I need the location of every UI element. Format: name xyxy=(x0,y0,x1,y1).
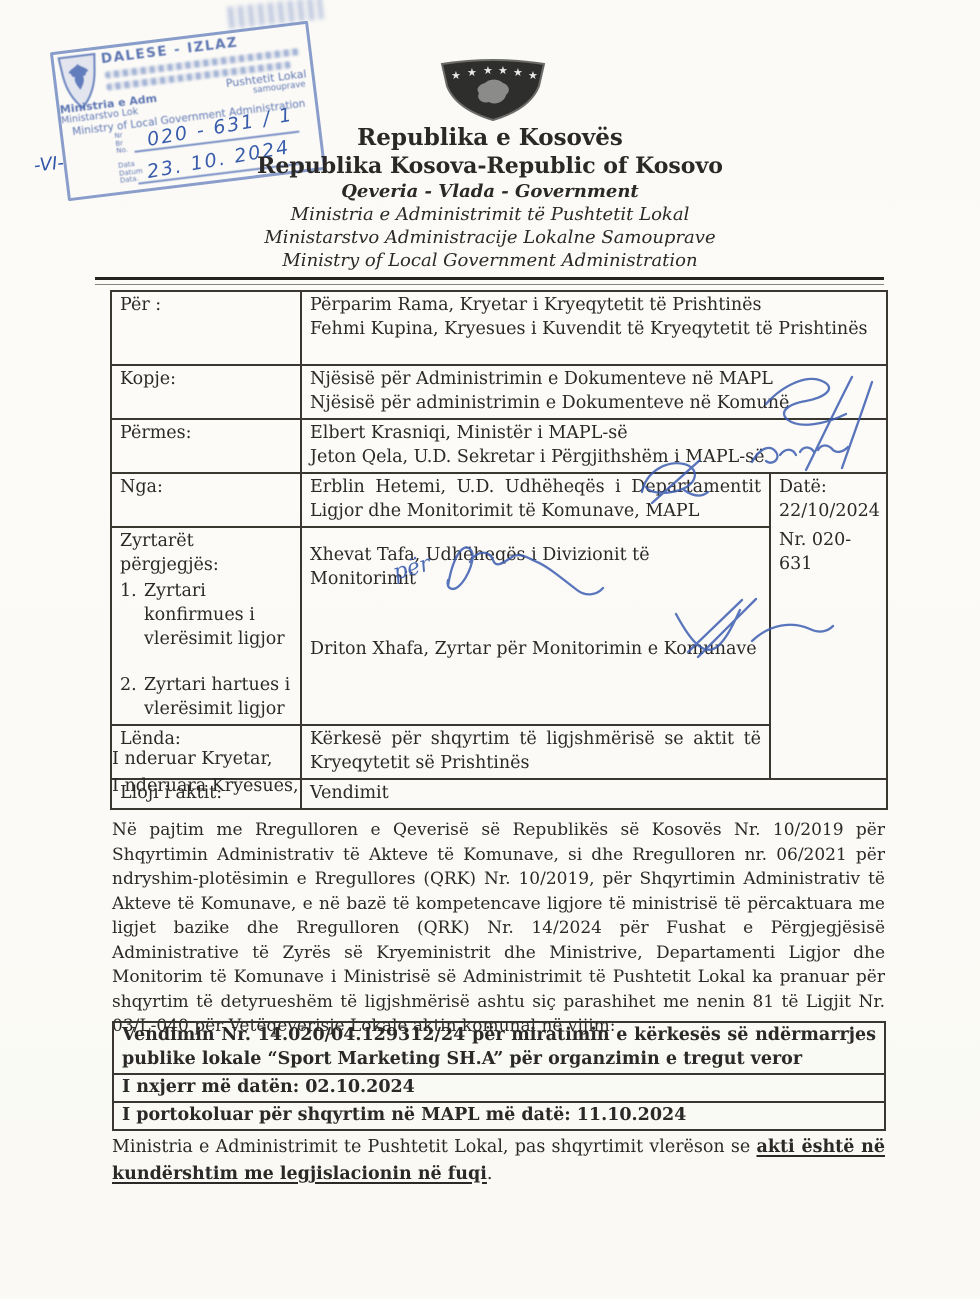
official-item-2: 2. Zyrtari hartues i vlerësimit ligjor xyxy=(120,673,292,721)
nga-value-cell: Erblin Hetemi, U.D. Udhëheqës i Departam… xyxy=(301,473,770,527)
government-line: Qeveria - Vlada - Government xyxy=(0,180,980,203)
republic-title-sq: Republika e Kosovës xyxy=(0,124,980,152)
act-row-title: Vendimin Nr. 14.020/04.129312/24 për mir… xyxy=(113,1022,885,1074)
nga-label-cell: Nga: xyxy=(111,473,301,527)
officials-label: Zyrtarët përgjegjës: xyxy=(120,529,292,577)
per-label-cell: Për : xyxy=(111,291,301,365)
svg-text:★: ★ xyxy=(513,66,523,79)
header-divider-rule xyxy=(95,277,884,285)
official-name-2: Driton Xhafa, Zyrtar për Monitorimin e K… xyxy=(310,637,761,661)
republic-title-bilingual: Republika Kosova-Republic of Kosovo xyxy=(0,152,980,180)
svg-text:★: ★ xyxy=(467,66,477,79)
kopje-line-2: Njësisë për administrimin e Dokumenteve … xyxy=(310,391,878,415)
reviewed-act-table: Vendimin Nr. 14.020/04.129312/24 për mir… xyxy=(112,1021,886,1131)
ministry-name-sq: Ministria e Administrimit të Pushtetit L… xyxy=(0,203,980,226)
lenda-value-cell: Kërkesë për shqyrtim të ligjshmërisë se … xyxy=(301,725,770,779)
scanned-document-page: DALESE - IZLAZ Ministria e Adm Ministars… xyxy=(0,0,980,1299)
kopje-line-1: Njësisë për Administrimin e Dokumenteve … xyxy=(310,367,878,391)
svg-text:★: ★ xyxy=(528,69,538,82)
officials-names-cell: Xhevat Tafa, Udhëheqës i Divizionit të M… xyxy=(301,527,770,725)
kopje-label-cell: Kopje: xyxy=(111,365,301,419)
per-line-1: Përparim Rama, Kryetar i Kryeqytetit të … xyxy=(310,293,878,317)
act-protocol-date: I portokoluar për shqyrtim në MAPL më da… xyxy=(113,1102,885,1130)
permes-line-2: Jeton Qela, U.D. Sekretar i Përgjithshëm… xyxy=(310,445,878,469)
svg-text:★: ★ xyxy=(498,64,508,77)
reference-number: Nr. 020-631 xyxy=(779,528,878,576)
permes-line-1: Elbert Krasniqi, Ministër i MAPL-së xyxy=(310,421,878,445)
assessment-prefix: Ministria e Administrimit te Pushtetit L… xyxy=(112,1137,757,1157)
date-number-cell: Datë: 22/10/2024 Nr. 020-631 xyxy=(770,473,887,779)
act-title: Vendimin Nr. 14.020/04.129312/24 për mir… xyxy=(113,1022,885,1074)
kopje-value-cell: Njësisë për Administrimin e Dokumenteve … xyxy=(301,365,887,419)
table-row-nga: Nga: Erblin Hetemi, U.D. Udhëheqës i Dep… xyxy=(111,473,887,527)
lloji-value-cell: Vendimit xyxy=(301,779,887,809)
svg-text:★: ★ xyxy=(451,69,461,82)
svg-text:★: ★ xyxy=(483,64,493,77)
officials-label-cell: Zyrtarët përgjegjës: 1. Zyrtari konfirmu… xyxy=(111,527,301,725)
salutation: I nderuar Kryetar, I nderuara Kryesues, xyxy=(112,746,299,800)
official-1-text: Zyrtari konfirmues i vlerësimit ligjor xyxy=(144,579,292,651)
act-row-issued: I nxjerr më datën: 02.10.2024 xyxy=(113,1074,885,1102)
legal-basis-paragraph: Në pajtim me Rregulloren e Qeverisë së R… xyxy=(112,818,885,1039)
act-issued-date: I nxjerr më datën: 02.10.2024 xyxy=(113,1074,885,1102)
official-item-1: 1. Zyrtari konfirmues i vlerësimit ligjo… xyxy=(120,579,292,651)
coat-of-arms-icon: ★ ★ ★ ★ ★ ★ xyxy=(437,56,549,124)
official-2-text: Zyrtari hartues i vlerësimit ligjor xyxy=(144,673,292,721)
permes-value-cell: Elbert Krasniqi, Ministër i MAPL-së Jeto… xyxy=(301,419,887,473)
date-label: Datë: xyxy=(779,475,878,499)
ministry-name-sr: Ministarstvo Administracije Lokalne Samo… xyxy=(0,226,980,249)
per-value-cell: Përparim Rama, Kryetar i Kryeqytetit të … xyxy=(301,291,887,365)
salutation-line-2: I nderuara Kryesues, xyxy=(112,773,299,800)
table-row-per: Për : Përparim Rama, Kryetar i Kryeqytet… xyxy=(111,291,887,365)
table-row-permes: Përmes: Elbert Krasniqi, Ministër i MAPL… xyxy=(111,419,887,473)
per-line-2: Fehmi Kupina, Kryesues i Kuvendit të Kry… xyxy=(310,317,878,341)
act-row-protocol: I portokoluar për shqyrtim në MAPL më da… xyxy=(113,1102,885,1130)
letterhead: Republika e Kosovës Republika Kosova-Rep… xyxy=(0,124,980,272)
permes-label-cell: Përmes: xyxy=(111,419,301,473)
recipients-table: Për : Përparim Rama, Kryetar i Kryeqytet… xyxy=(110,290,888,810)
assessment-paragraph: Ministria e Administrimit te Pushtetit L… xyxy=(112,1134,885,1188)
ministry-name-en: Ministry of Local Government Administrat… xyxy=(0,249,980,272)
official-name-1: Xhevat Tafa, Udhëheqës i Divizionit të M… xyxy=(310,543,761,591)
assessment-suffix: . xyxy=(487,1164,493,1184)
date-value: 22/10/2024 xyxy=(779,499,878,523)
salutation-line-1: I nderuar Kryetar, xyxy=(112,746,299,773)
table-row-kopje: Kopje: Njësisë për Administrimin e Dokum… xyxy=(111,365,887,419)
official-2-number: 2. xyxy=(120,673,144,721)
official-1-number: 1. xyxy=(120,579,144,651)
